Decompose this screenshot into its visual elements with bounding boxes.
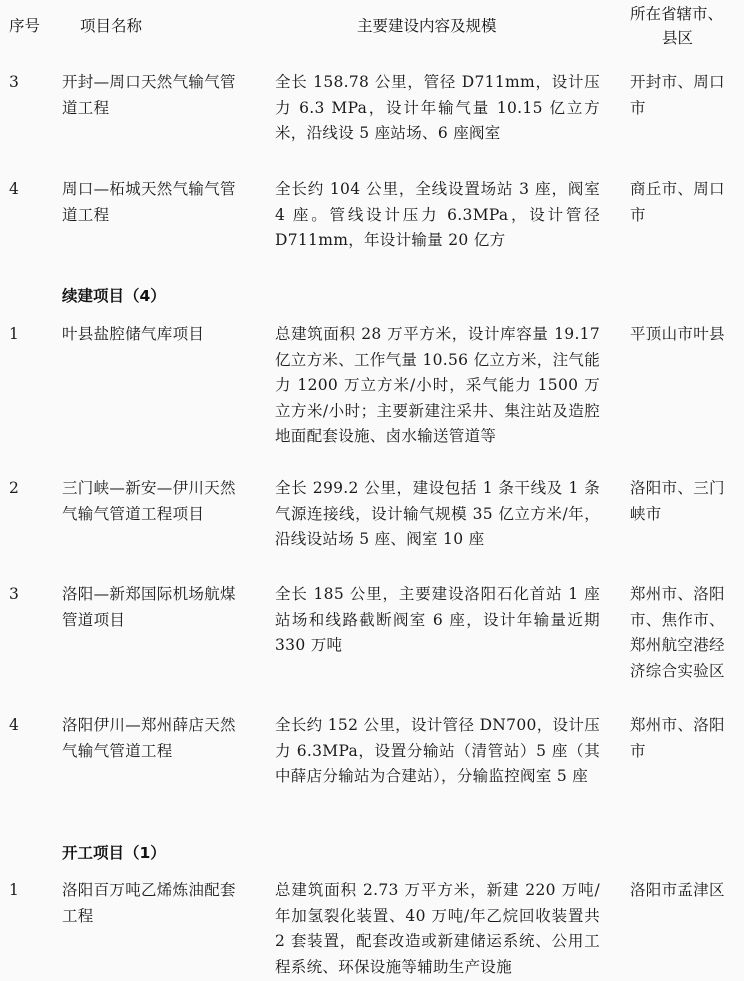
project-description: 总建筑面积 28 万平方米，设计库容量 19.17 亿立方米、工作气量 10.5…	[275, 322, 600, 450]
project-description: 全长约 104 公里，全线设置场站 3 座，阀室 4 座。管线设计压力 6.3M…	[275, 177, 600, 254]
project-name: 洛阳伊川—郑州薛店天然气输气管道工程	[62, 713, 242, 764]
header-desc: 主要建设内容及规模	[357, 14, 497, 36]
project-description: 全长约 152 公里，设计管径 DN700，设计压力 6.3MPa，设置分输站（…	[275, 713, 600, 790]
project-location: 平顶山市叶县	[630, 322, 738, 348]
project-name: 叶县盐腔储气库项目	[62, 322, 242, 348]
section-heading-continued: 续建项目（4）	[62, 284, 166, 306]
project-location: 商丘市、周口市	[630, 177, 738, 228]
project-location: 郑州市、洛阳市	[630, 713, 738, 764]
project-location: 郑州市、洛阳市、焦作市、郑州航空港经济综合实验区	[630, 582, 738, 684]
project-description: 全长 299.2 公里，建设包括 1 条干线及 1 条气源连接线，设计输气规模 …	[275, 476, 600, 553]
project-location: 洛阳市孟津区	[630, 878, 738, 904]
row-number: 4	[9, 713, 39, 739]
project-name: 洛阳—新郑国际机场航煤管道项目	[62, 582, 242, 633]
row-number: 3	[9, 70, 39, 96]
row-number: 2	[9, 476, 39, 502]
row-number: 3	[9, 582, 39, 608]
project-name: 周口—柘城天然气输气管道工程	[62, 177, 242, 228]
project-location: 开封市、周口市	[630, 70, 738, 121]
project-name: 开封—周口天然气输气管道工程	[62, 70, 242, 121]
header-name: 项目名称	[80, 14, 142, 36]
header-loc-line2: 县区	[662, 26, 693, 48]
project-description: 全长 185 公里，主要建设洛阳石化首站 1 座站场和线路截断阀室 6 座，设计…	[275, 582, 600, 659]
row-number: 1	[9, 878, 39, 904]
section-heading-started: 开工项目（1）	[62, 841, 166, 863]
project-location: 洛阳市、三门峡市	[630, 476, 738, 527]
header-no: 序号	[9, 14, 40, 36]
project-description: 总建筑面积 2.73 万平方米，新建 220 万吨/年加氢裂化装置、40 万吨/…	[275, 878, 600, 980]
project-description: 全长 158.78 公里，管径 D711mm，设计压力 6.3 MPa，设计年输…	[275, 70, 600, 147]
project-name: 三门峡—新安—伊川天然气输气管道工程项目	[62, 476, 242, 527]
row-number: 4	[9, 177, 39, 203]
header-loc-line1: 所在省辖市、	[630, 2, 723, 24]
project-name: 洛阳百万吨乙烯炼油配套工程	[62, 878, 242, 929]
row-number: 1	[9, 322, 39, 348]
